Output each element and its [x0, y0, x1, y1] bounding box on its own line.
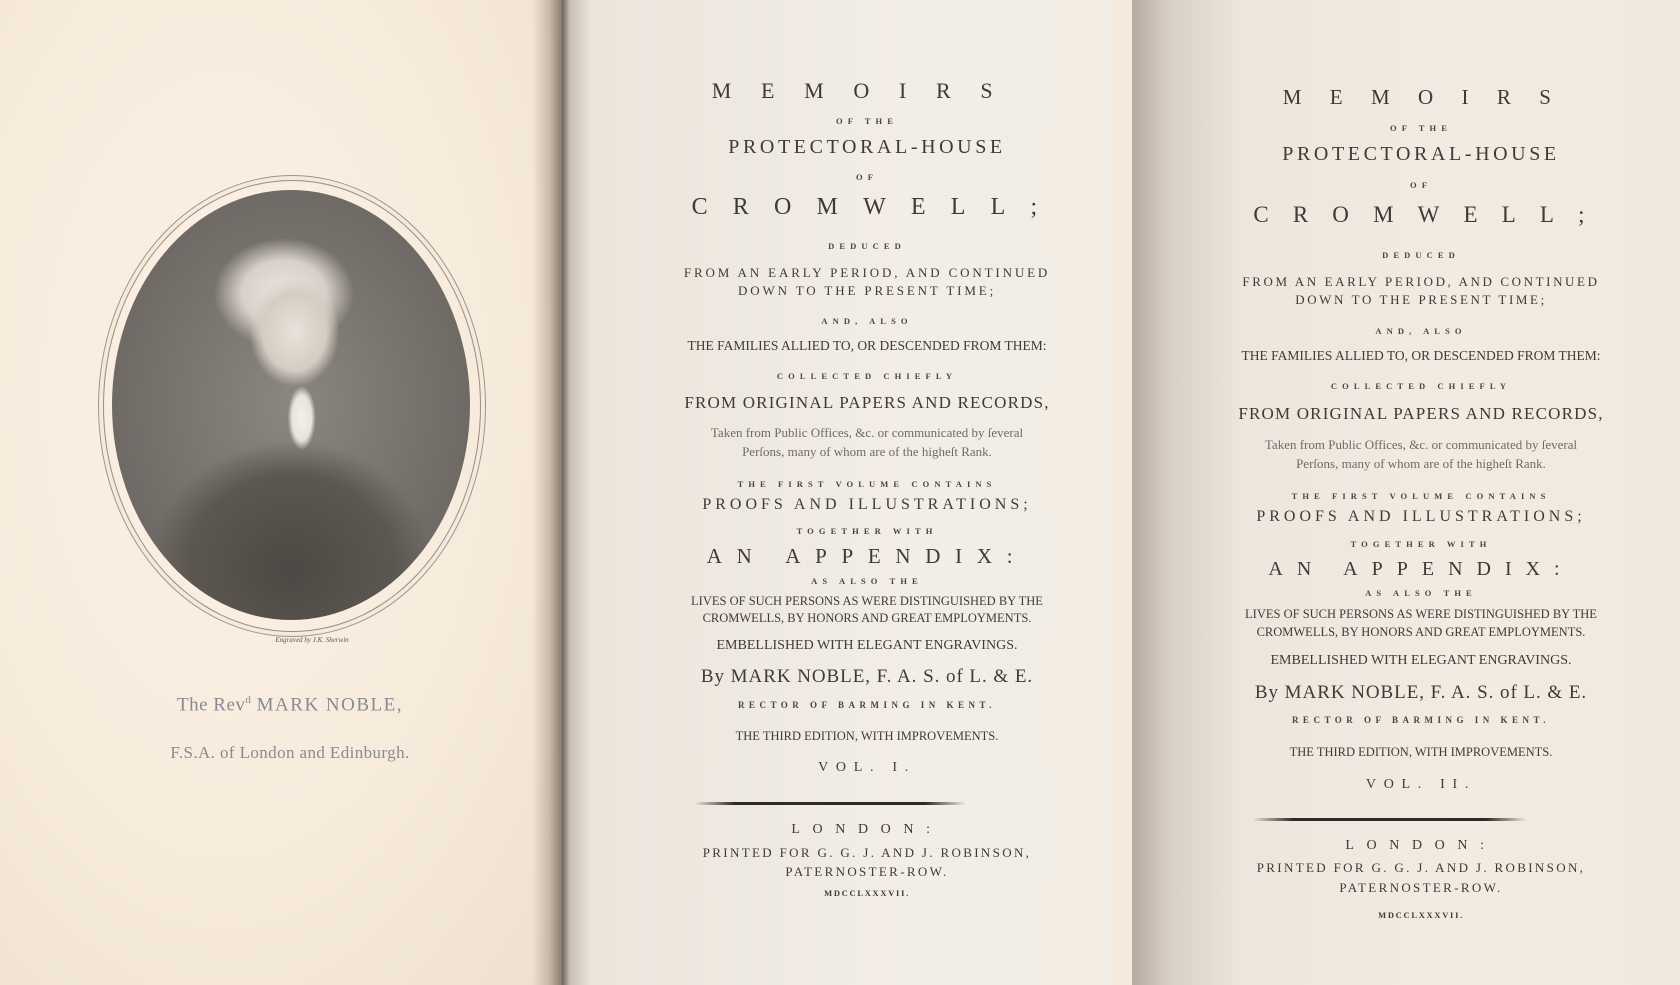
deduced: DEDUCED: [1162, 250, 1680, 260]
as-also-the: AS ALSO THE: [602, 576, 1132, 586]
author-line: By MARK NOBLE, F. A. S. of L. & E.: [602, 666, 1132, 688]
lives-line-2: CROMWELLS, BY HONORS AND GREAT EMPLOYMEN…: [1162, 625, 1680, 640]
period-line-1: FROM AN EARLY PERIOD, AND CONTINUED: [602, 265, 1132, 281]
together-with: TOGETHER WITH: [602, 526, 1132, 536]
taken-line-2: Perſons, many of whom are of the higheſt…: [1162, 456, 1680, 472]
title-page-vol2: MEMOIRS OF THE PROTECTORAL-HOUSE OF CROM…: [1132, 0, 1680, 985]
city-london: LONDON:: [1162, 838, 1680, 854]
title-memoirs: MEMOIRS: [1182, 85, 1680, 110]
first-volume-contains: THE FIRST VOLUME CONTAINS: [602, 479, 1132, 489]
title-cromwell: CROMWELL;: [1182, 202, 1680, 228]
taken-line-1: Taken from Public Offices, &c. or commun…: [602, 425, 1132, 441]
edition-line: THE THIRD EDITION, WITH IMPROVEMENTS.: [602, 729, 1132, 744]
portrait-caption-name: The Revd MARK NOBLE,: [100, 694, 480, 716]
first-volume-contains: THE FIRST VOLUME CONTAINS: [1162, 491, 1680, 501]
portrait-caption-credentials: F.S.A. of London and Edinburgh.: [100, 743, 480, 763]
proofs-and-illustrations: PROOFS AND ILLUSTRATIONS;: [602, 496, 1132, 514]
horizontal-rule: [694, 802, 966, 805]
rector-line: RECTOR OF BARMING IN KENT.: [602, 700, 1132, 710]
book-spine-shadow: [532, 0, 562, 985]
proofs-and-illustrations: PROOFS AND ILLUSTRATIONS;: [1162, 508, 1680, 526]
volume-label: VOL. I.: [602, 760, 1132, 776]
collected-chiefly: COLLECTED CHIEFLY: [1162, 381, 1680, 391]
city-london: LONDON:: [602, 822, 1132, 838]
horizontal-rule: [1252, 818, 1527, 821]
from-original-papers: FROM ORIGINAL PAPERS AND RECORDS,: [1162, 404, 1680, 424]
author-line: By MARK NOBLE, F. A. S. of L. & E.: [1162, 682, 1680, 704]
subtitle-protectoral-house: PROTECTORAL-HOUSE: [602, 136, 1132, 159]
rector-line: RECTOR OF BARMING IN KENT.: [1162, 715, 1680, 725]
period-line-2: DOWN TO THE PRESENT TIME;: [602, 283, 1132, 299]
taken-line-2: Perſons, many of whom are of the higheſt…: [602, 444, 1132, 460]
frontispiece-page: Engraved by J.K. Sherwin The Revd MARK N…: [0, 0, 562, 985]
embellished-line: EMBELLISHED WITH ELEGANT ENGRAVINGS.: [602, 638, 1132, 654]
subtitle-protectoral-house: PROTECTORAL-HOUSE: [1162, 143, 1680, 166]
and-also: AND, ALSO: [1162, 326, 1680, 336]
embellished-line: EMBELLISHED WITH ELEGANT ENGRAVINGS.: [1162, 653, 1680, 669]
printer-line-2: PATERNOSTER-ROW.: [1162, 880, 1680, 896]
taken-line-1: Taken from Public Offices, &c. or commun…: [1162, 437, 1680, 453]
caption-prefix: The Rev: [177, 694, 245, 715]
volume-label: VOL. II.: [1162, 777, 1680, 793]
title-page-vol1: MEMOIRS OF THE PROTECTORAL-HOUSE OF CROM…: [562, 0, 1132, 985]
as-also-the: AS ALSO THE: [1162, 588, 1680, 598]
title-memoirs: MEMOIRS: [602, 78, 1132, 104]
of-the: OF THE: [1162, 123, 1680, 133]
from-original-papers: FROM ORIGINAL PAPERS AND RECORDS,: [602, 393, 1132, 413]
engraver-credit: Engraved by J.K. Sherwin: [242, 636, 382, 644]
and-also: AND, ALSO: [602, 316, 1132, 326]
lives-line-1: LIVES OF SUCH PERSONS AS WERE DISTINGUIS…: [1162, 607, 1680, 622]
an-appendix: AN APPENDIX:: [1162, 558, 1680, 581]
an-appendix: AN APPENDIX:: [602, 544, 1132, 569]
printer-line-1: PRINTED FOR G. G. J. AND J. ROBINSON,: [602, 845, 1132, 861]
publication-year: MDCCLXXXVII.: [1162, 910, 1680, 920]
period-line-2: DOWN TO THE PRESENT TIME;: [1162, 292, 1680, 308]
caption-sup: d: [245, 694, 251, 706]
of: OF: [1162, 180, 1680, 190]
title-cromwell: CROMWELL;: [622, 194, 1132, 221]
families-line: THE FAMILIES ALLIED TO, OR DESCENDED FRO…: [1162, 348, 1680, 364]
families-line: THE FAMILIES ALLIED TO, OR DESCENDED FRO…: [602, 338, 1132, 354]
period-line-1: FROM AN EARLY PERIOD, AND CONTINUED: [1162, 274, 1680, 290]
lives-line-1: LIVES OF SUCH PERSONS AS WERE DISTINGUIS…: [602, 594, 1132, 609]
printer-line-1: PRINTED FOR G. G. J. AND J. ROBINSON,: [1162, 860, 1680, 876]
deduced: DEDUCED: [602, 241, 1132, 251]
together-with: TOGETHER WITH: [1162, 539, 1680, 549]
edition-line: THE THIRD EDITION, WITH IMPROVEMENTS.: [1162, 745, 1680, 760]
collected-chiefly: COLLECTED CHIEFLY: [602, 371, 1132, 381]
page-edge: [1114, 0, 1132, 985]
publication-year: MDCCLXXXVII.: [602, 888, 1132, 898]
portrait-engraving: [112, 190, 470, 620]
lives-line-2: CROMWELLS, BY HONORS AND GREAT EMPLOYMEN…: [602, 611, 1132, 626]
caption-name: MARK NOBLE,: [257, 694, 403, 715]
printer-line-2: PATERNOSTER-ROW.: [602, 864, 1132, 880]
of: OF: [602, 172, 1132, 182]
of-the: OF THE: [602, 116, 1132, 126]
